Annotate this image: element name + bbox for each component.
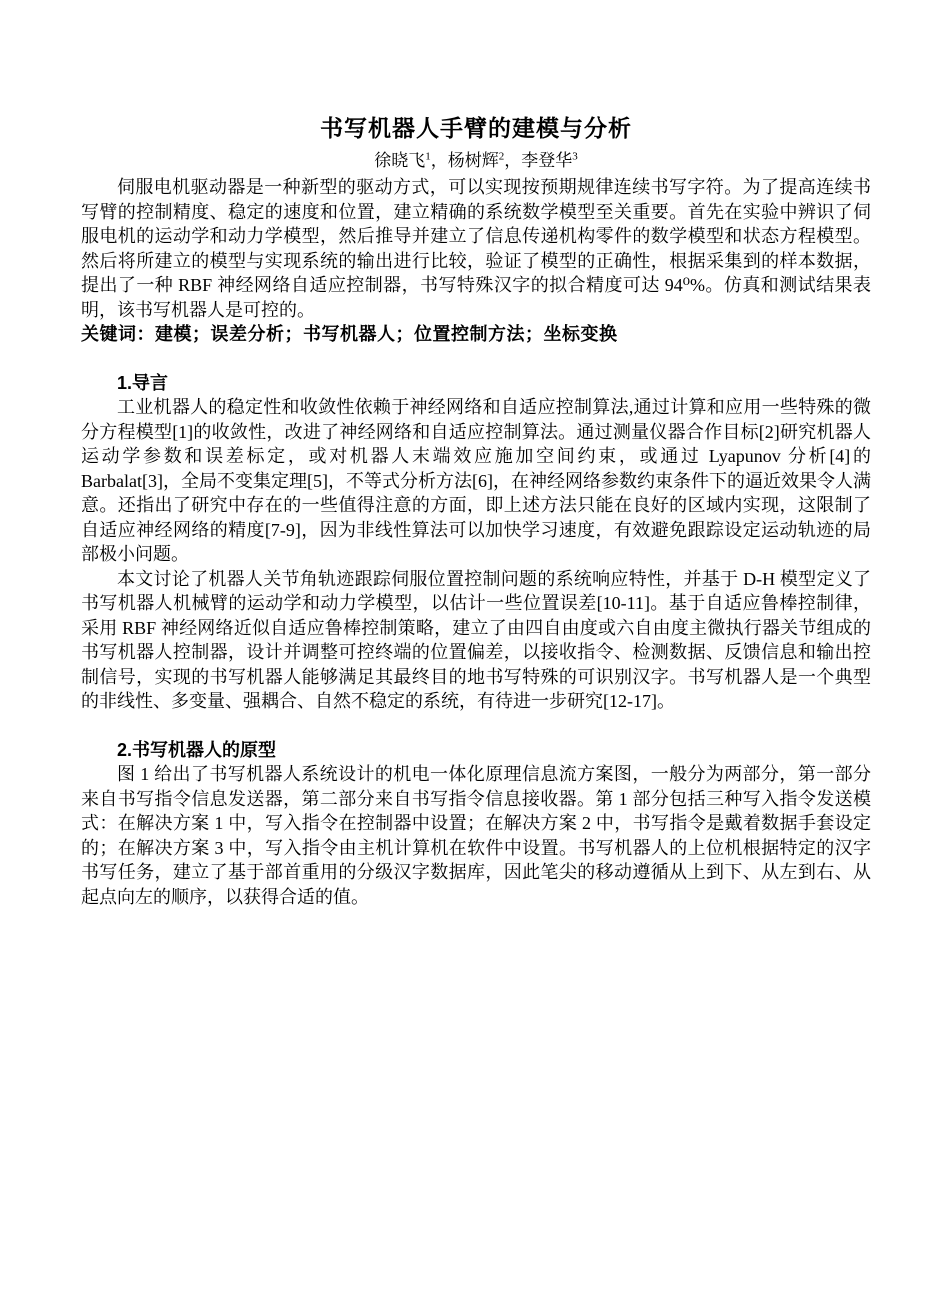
- keywords-line: 关键词：建模；误差分析；书写机器人；位置控制方法；坐标变换: [81, 322, 871, 347]
- author-3-name: 李登华: [521, 151, 572, 170]
- section-2-heading: 2.书写机器人的原型: [81, 738, 871, 763]
- section-1-paragraph-2: 本文讨论了机器人关节角轨迹跟踪伺服位置控制问题的系统响应特性，并基于 D-H 模…: [81, 567, 871, 714]
- keywords-label: 关键词：: [81, 324, 155, 344]
- section-1-paragraph-1: 工业机器人的稳定性和收敛性依赖于神经网络和自适应控制算法,通过计算和应用一些特殊…: [81, 395, 871, 567]
- author-3-superscript: 3: [572, 150, 578, 162]
- section-1-heading: 1.导言: [81, 371, 871, 396]
- abstract-paragraph: 伺服电机驱动器是一种新型的驱动方式，可以实现按预期规律连续书写字符。为了提高连续…: [81, 175, 871, 322]
- author-separator: ，: [431, 151, 448, 170]
- keywords-text: 建模；误差分析；书写机器人；位置控制方法；坐标变换: [155, 324, 618, 344]
- author-2-name: 杨树辉: [448, 151, 499, 170]
- paper-title: 书写机器人手臂的建模与分析: [81, 112, 871, 145]
- authors-line: 徐晓飞1，杨树辉2，李登华3: [81, 149, 871, 173]
- author-1-name: 徐晓飞: [374, 151, 425, 170]
- section-2-paragraph-1: 图 1 给出了书写机器人系统设计的机电一体化原理信息流方案图，一般分为两部分，第…: [81, 762, 871, 909]
- author-separator: ，: [504, 151, 521, 170]
- document-page: 书写机器人手臂的建模与分析 徐晓飞1，杨树辉2，李登华3 伺服电机驱动器是一种新…: [0, 0, 952, 1309]
